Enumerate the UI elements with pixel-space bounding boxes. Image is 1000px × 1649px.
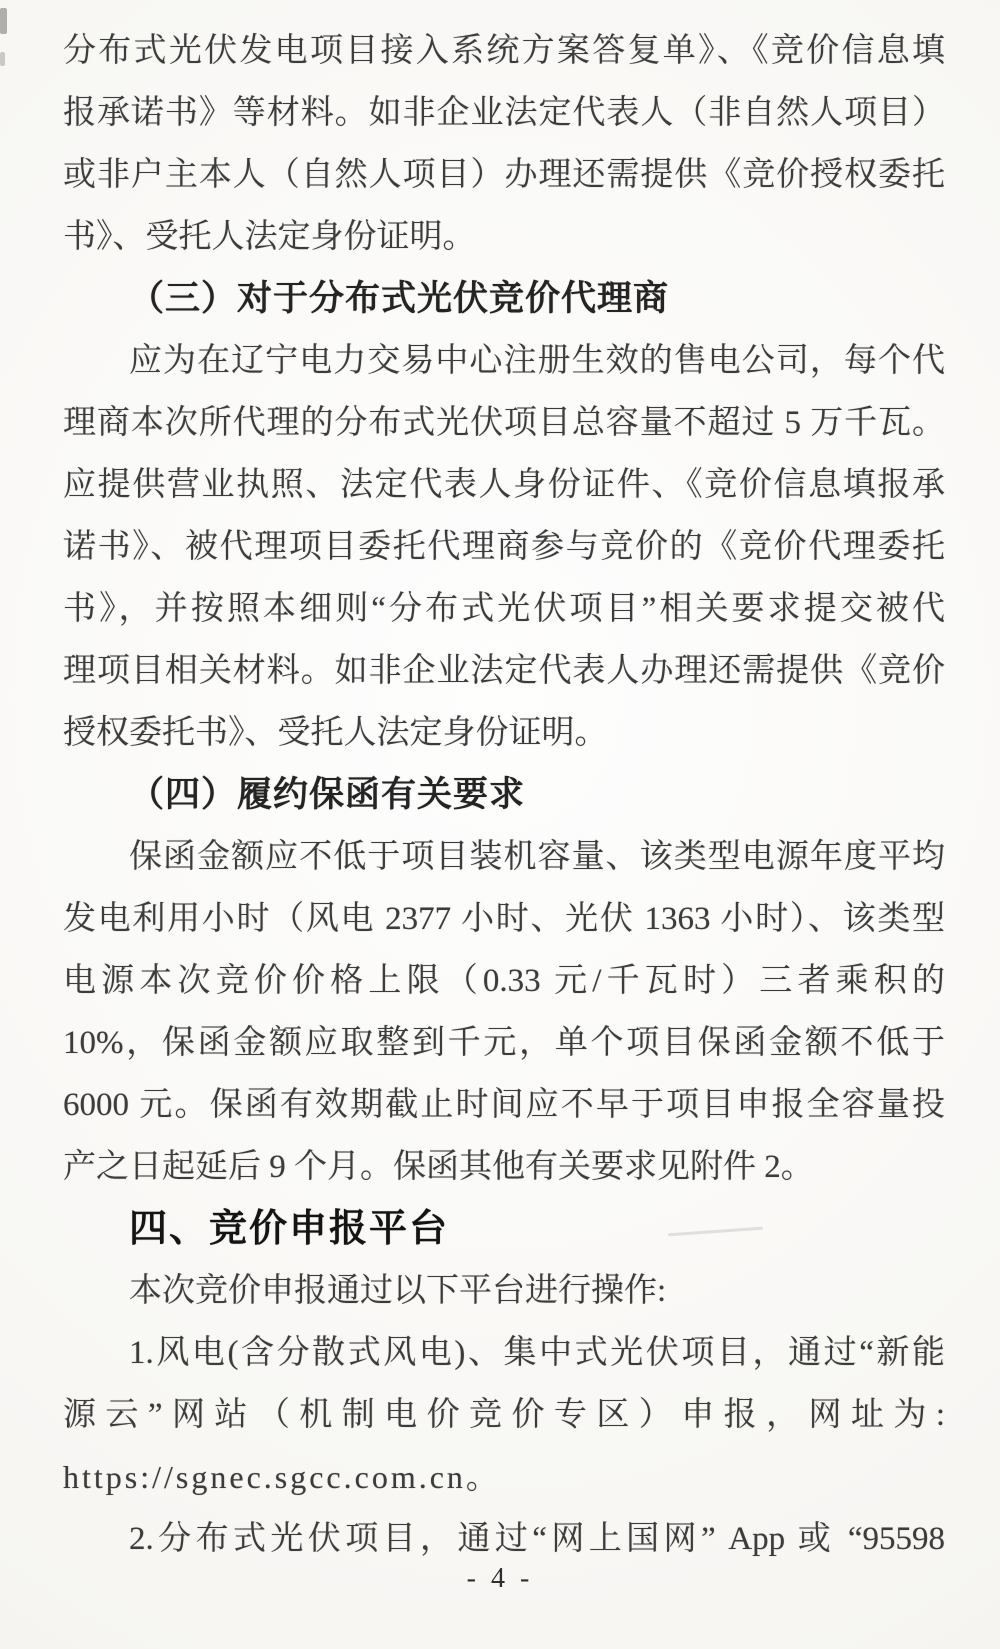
document-body: 分布式光伏发电项目接入系统方案答复单》、《竞价信息填 报承诺书》等材料。如非企业… <box>63 20 945 1570</box>
body-text-line: 或非户主本人（自然人项目）办理还需提供《竞价授权委托 <box>63 144 945 206</box>
body-text-line: 本次竞价申报通过以下平台进行操作: <box>63 1260 945 1322</box>
body-text-line: 应提供营业执照、法定代表人身份证件、《竞价信息填报承 <box>63 454 945 516</box>
section-heading-bidding-platform: 四、竞价申报平台 <box>63 1198 945 1260</box>
body-text-line: 源云”网站（机制电价竞价专区）申报，网址为: <box>63 1384 945 1446</box>
body-text-line: 6000 元。保函有效期截止时间应不早于项目申报全容量投 <box>63 1074 945 1136</box>
scan-artifact-mark <box>0 8 7 34</box>
body-text-line: 理商本次所代理的分布式光伏项目总容量不超过 5 万千瓦。 <box>63 392 945 454</box>
body-text-line: 应为在辽宁电力交易中心注册生效的售电公司，每个代 <box>63 330 945 392</box>
body-text-line: 保函金额应不低于项目装机容量、该类型电源年度平均 <box>63 826 945 888</box>
scanned-document-page: 分布式光伏发电项目接入系统方案答复单》、《竞价信息填 报承诺书》等材料。如非企业… <box>0 0 1000 1649</box>
body-text-line: 诺书》、被代理项目委托代理商参与竞价的《竞价代理委托 <box>63 516 945 578</box>
body-text-line: 电源本次竞价价格上限（0.33 元/千瓦时）三者乘积的 <box>63 950 945 1012</box>
body-text-line: 报承诺书》等材料。如非企业法定代表人（非自然人项目） <box>63 82 945 144</box>
section-heading-three-pv-bidding-agents: （三）对于分布式光伏竞价代理商 <box>63 268 945 330</box>
body-text-line: 书》，并按照本细则“分布式光伏项目”相关要求提交被代 <box>63 578 945 640</box>
body-text-line: 授权委托书》、受托人法定身份证明。 <box>63 702 945 764</box>
body-text-line: 分布式光伏发电项目接入系统方案答复单》、《竞价信息填 <box>63 20 945 82</box>
website-url: https://sgnec.sgcc.com.cn。 <box>63 1446 945 1508</box>
list-item-wind-centralized-pv: 1.风电(含分散式风电)、集中式光伏项目，通过“新能 <box>63 1322 945 1384</box>
scan-artifact-mark <box>0 52 5 66</box>
body-text-line: 发电利用小时（风电 2377 小时、光伏 1363 小时）、该类型 <box>63 888 945 950</box>
page-number: - 4 - <box>0 1558 1000 1600</box>
body-text-line: 产之日起延后 9 个月。保函其他有关要求见附件 2。 <box>63 1136 945 1198</box>
body-text-line: 书》、受托人法定身份证明。 <box>63 206 945 268</box>
body-text-line: 10%，保函金额应取整到千元，单个项目保函金额不低于 <box>63 1012 945 1074</box>
body-text-line: 理项目相关材料。如非企业法定代表人办理还需提供《竞价 <box>63 640 945 702</box>
section-heading-four-guarantee-requirements: （四）履约保函有关要求 <box>63 764 945 826</box>
